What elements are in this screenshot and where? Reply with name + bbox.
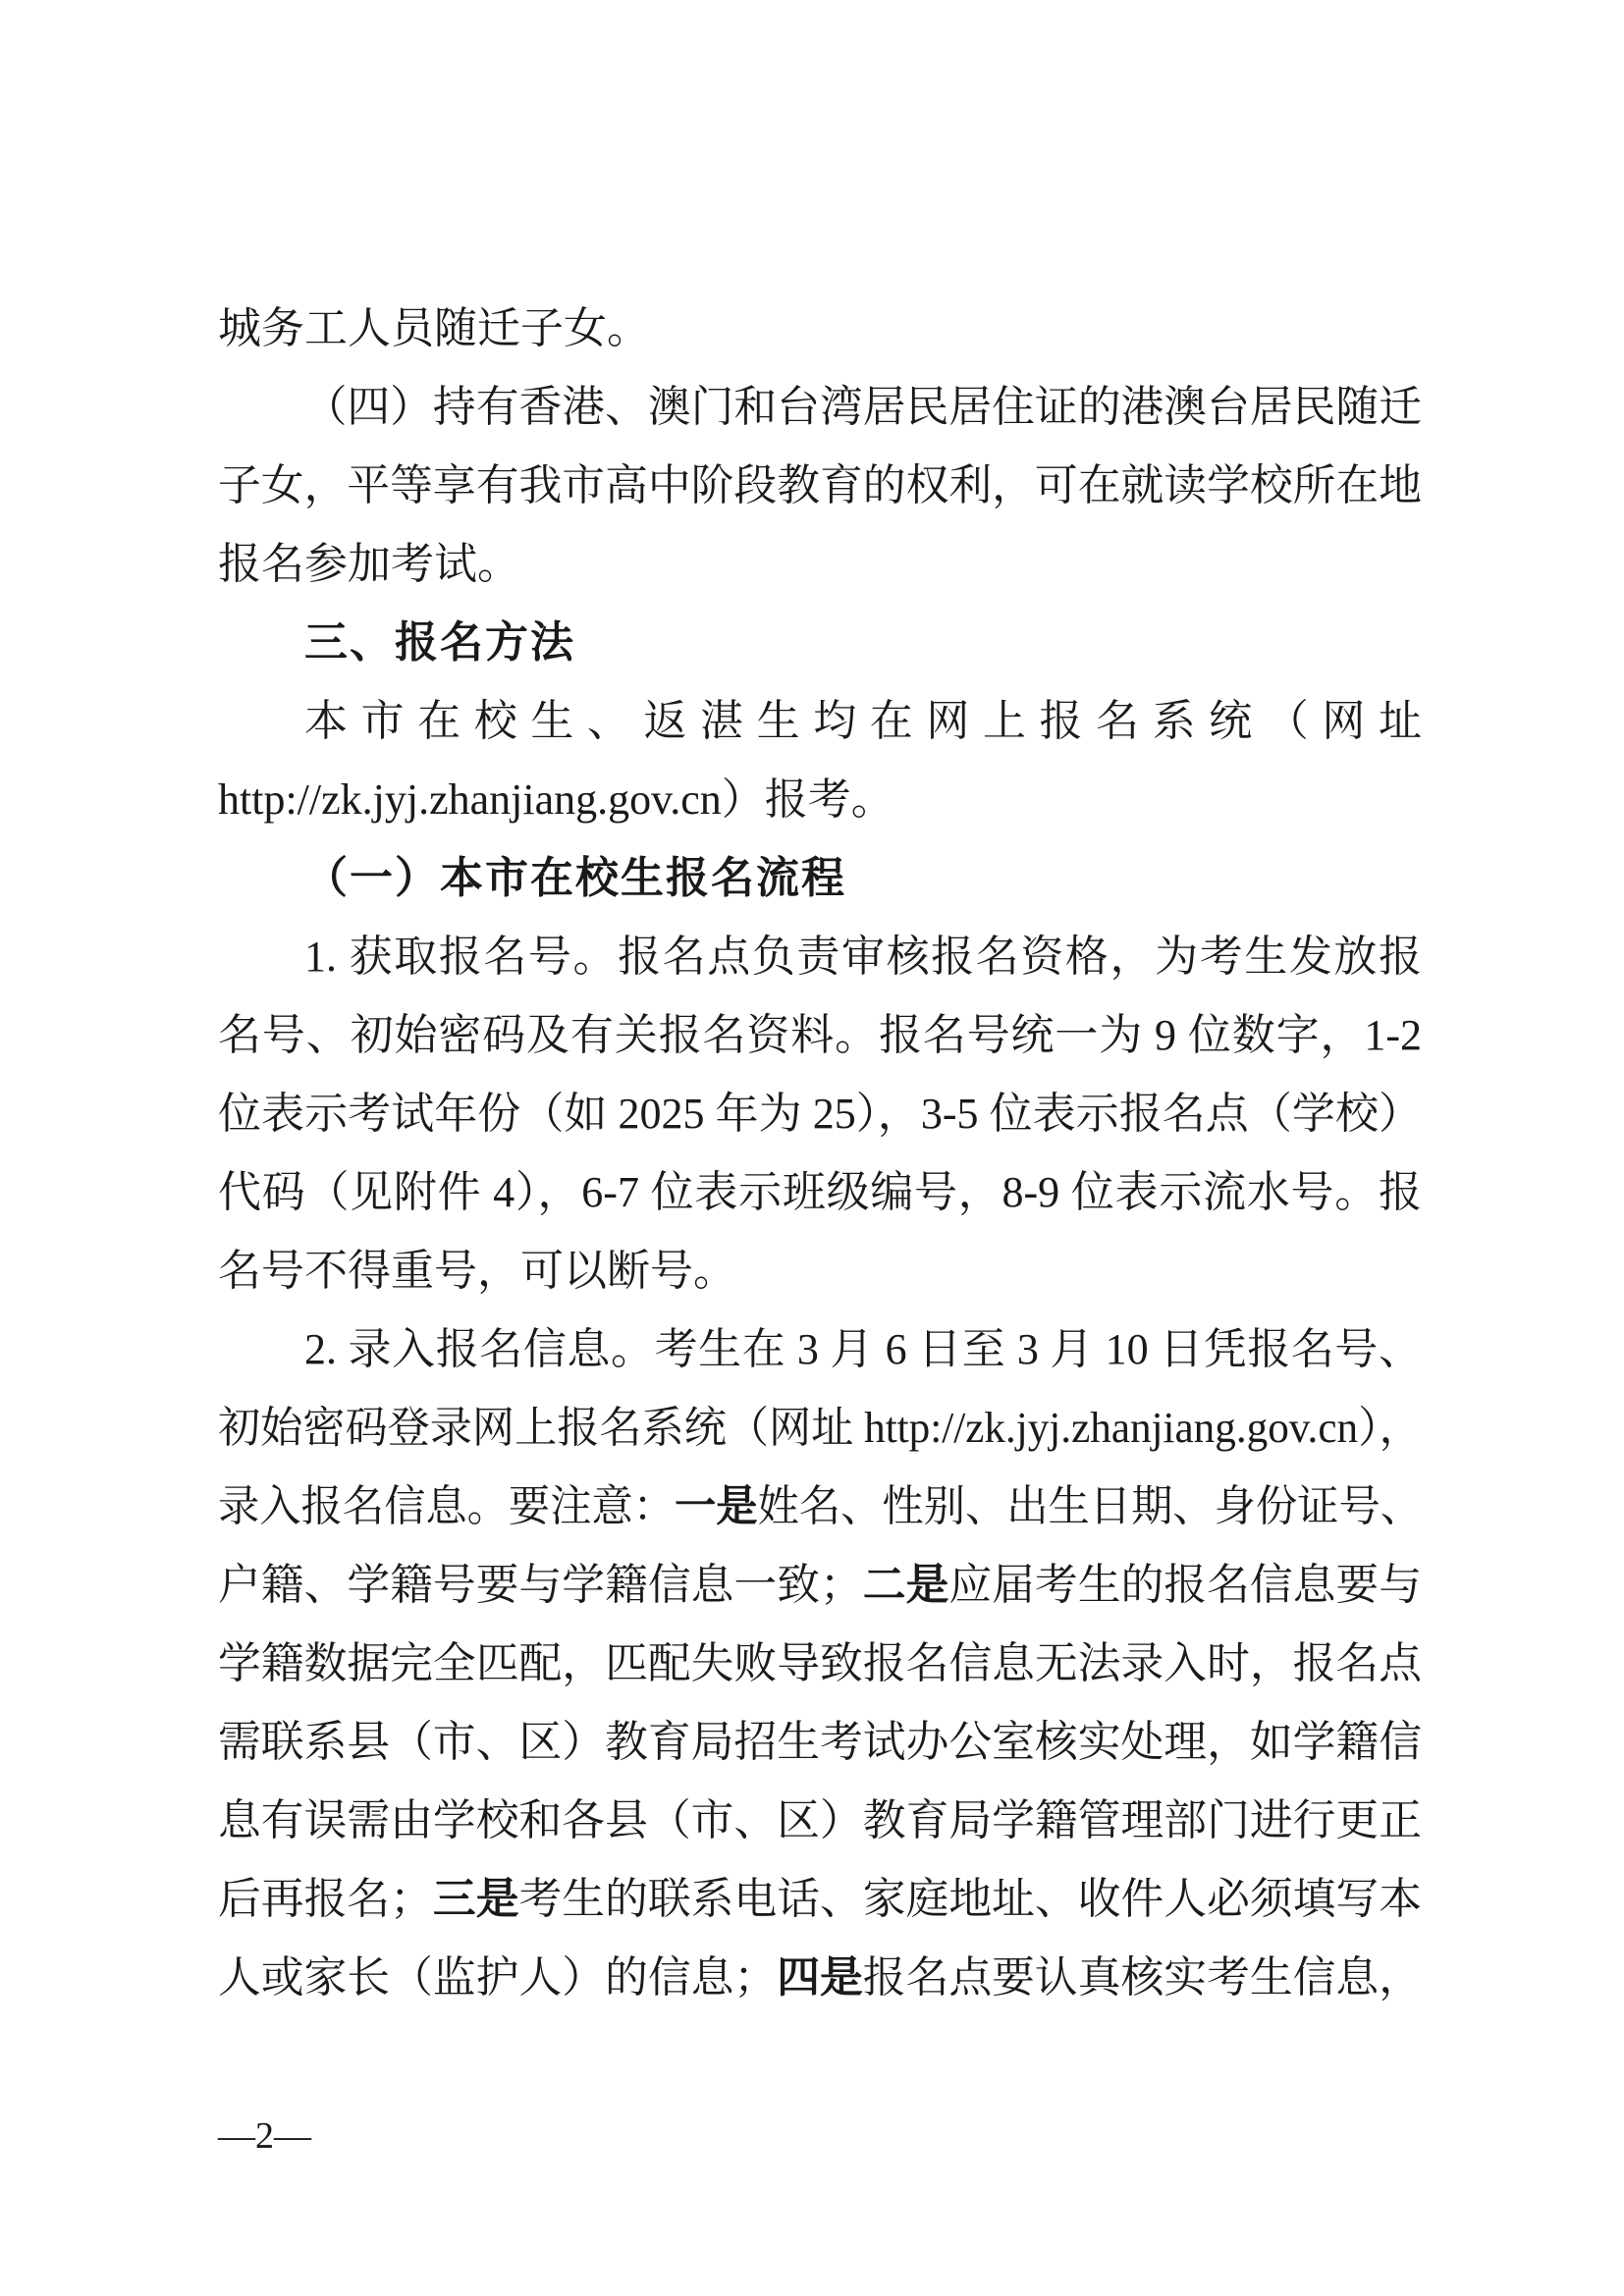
body-text: 名号、初始密码及有关报名资料。报名号统一为 9 位数字，1-2: [218, 1011, 1422, 1059]
body-text: 学籍数据完全匹配，匹配失败导致报名信息无法录入时，报名点: [218, 1639, 1422, 1687]
text-line-10: 名号、初始密码及有关报名资料。报名号统一为 9 位数字，1-2: [218, 996, 1422, 1075]
text-line-5: 三、报名方法: [218, 604, 1422, 682]
text-line-15: 初始密码登录网上报名系统（网址 http://zk.jyj.zhanjiang.…: [218, 1389, 1398, 1468]
body-text: 报名点要认真核实考生信息，: [863, 1953, 1422, 2002]
text-line-6: 本市在校生、返湛生均在网上报名系统（网址: [218, 682, 1422, 761]
text-line-7: http://zk.jyj.zhanjiang.gov.cn）报考。: [218, 761, 1422, 839]
body-text: 本市在校生、返湛生均在网上报名系统（网址: [304, 697, 1422, 745]
body-text: 2. 录入报名信息。考生在 3 月 6 日至 3 月 10 日凭报名号、: [304, 1325, 1422, 1373]
emphasis-text: 三是: [433, 1875, 519, 1923]
text-line-2: （四）持有香港、澳门和台湾居民居住证的港澳台居民随迁: [218, 368, 1416, 447]
text-line-13: 名号不得重号，可以断号。: [218, 1232, 1422, 1310]
text-line-19: 需联系县（市、区）教育局招生考试办公室核实处理，如学籍信: [218, 1703, 1416, 1782]
body-text: 录入报名信息。要注意：: [218, 1482, 675, 1530]
body-text: 1. 获取报名号。报名点负责审核报名资格，为考生发放报: [304, 933, 1422, 981]
text-line-4: 报名参加考试。: [218, 525, 1422, 604]
emphasis-text: （一）本市在校生报名流程: [304, 854, 846, 902]
text-line-14: 2. 录入报名信息。考生在 3 月 6 日至 3 月 10 日凭报名号、: [218, 1310, 1422, 1389]
body-text: 人或家长（监护人）的信息；: [218, 1953, 777, 2002]
document-page: 城务工人员随迁子女。（四）持有香港、澳门和台湾居民居住证的港澳台居民随迁子女，平…: [0, 0, 1624, 2296]
emphasis-text: 四是: [777, 1953, 863, 2002]
body-text: 子女，平等享有我市高中阶段教育的权利，可在就读学校所在地: [218, 461, 1422, 509]
page-number: —2—: [218, 2107, 311, 2165]
body-text: 报名参加考试。: [218, 540, 520, 588]
body-text: 户籍、学籍号要与学籍信息一致；: [218, 1561, 863, 1609]
text-line-18: 学籍数据完全匹配，匹配失败导致报名信息无法录入时，报名点: [218, 1625, 1416, 1703]
text-line-17: 户籍、学籍号要与学籍信息一致；二是应届考生的报名信息要与: [218, 1546, 1416, 1625]
text-line-3: 子女，平等享有我市高中阶段教育的权利，可在就读学校所在地: [218, 447, 1416, 525]
body-text: 息有误需由学校和各县（市、区）教育局学籍管理部门进行更正: [218, 1796, 1422, 1844]
body-text: 名号不得重号，可以断号。: [218, 1247, 736, 1295]
emphasis-text: 二是: [863, 1561, 949, 1609]
text-line-16: 录入报名信息。要注意：一是姓名、性别、出生日期、身份证号、: [218, 1468, 1375, 1546]
text-line-1: 城务工人员随迁子女。: [218, 290, 1422, 368]
body-text: 初始密码登录网上报名系统（网址 http://zk.jyj.zhanjiang.…: [218, 1404, 1422, 1452]
body-text: 后再报名；: [218, 1875, 433, 1923]
text-line-20: 息有误需由学校和各县（市、区）教育局学籍管理部门进行更正: [218, 1782, 1416, 1860]
body-text: 城务工人员随迁子女。: [218, 304, 650, 352]
text-line-22: 人或家长（监护人）的信息；四是报名点要认真核实考生信息，: [218, 1939, 1416, 2017]
body-text: 考生的联系电话、家庭地址、收件人必须填写本: [519, 1875, 1423, 1923]
text-line-8: （一）本市在校生报名流程: [218, 839, 1422, 918]
text-line-9: 1. 获取报名号。报名点负责审核报名资格，为考生发放报: [218, 918, 1422, 996]
body-text: 位表示考试年份（如 2025 年为 25），3-5 位表示报名点（学校）: [218, 1090, 1422, 1138]
body-text: http://zk.jyj.zhanjiang.gov.cn）报考。: [218, 775, 894, 824]
body-text: 代码（见附件 4），6-7 位表示班级编号，8-9 位表示流水号。报: [218, 1168, 1422, 1216]
body-text: （四）持有香港、澳门和台湾居民居住证的港澳台居民随迁: [304, 383, 1422, 431]
text-line-11: 位表示考试年份（如 2025 年为 25），3-5 位表示报名点（学校）: [218, 1075, 1422, 1153]
document-body: 城务工人员随迁子女。（四）持有香港、澳门和台湾居民居住证的港澳台居民随迁子女，平…: [218, 290, 1422, 2017]
emphasis-text: 三、报名方法: [304, 618, 575, 667]
body-text: 需联系县（市、区）教育局招生考试办公室核实处理，如学籍信: [218, 1718, 1422, 1766]
body-text: 姓名、性别、出生日期、身份证号、: [758, 1482, 1422, 1530]
text-line-12: 代码（见附件 4），6-7 位表示班级编号，8-9 位表示流水号。报: [218, 1153, 1422, 1232]
text-line-21: 后再报名；三是考生的联系电话、家庭地址、收件人必须填写本: [218, 1860, 1416, 1939]
body-text: 应届考生的报名信息要与: [948, 1561, 1422, 1609]
emphasis-text: 一是: [675, 1482, 758, 1530]
